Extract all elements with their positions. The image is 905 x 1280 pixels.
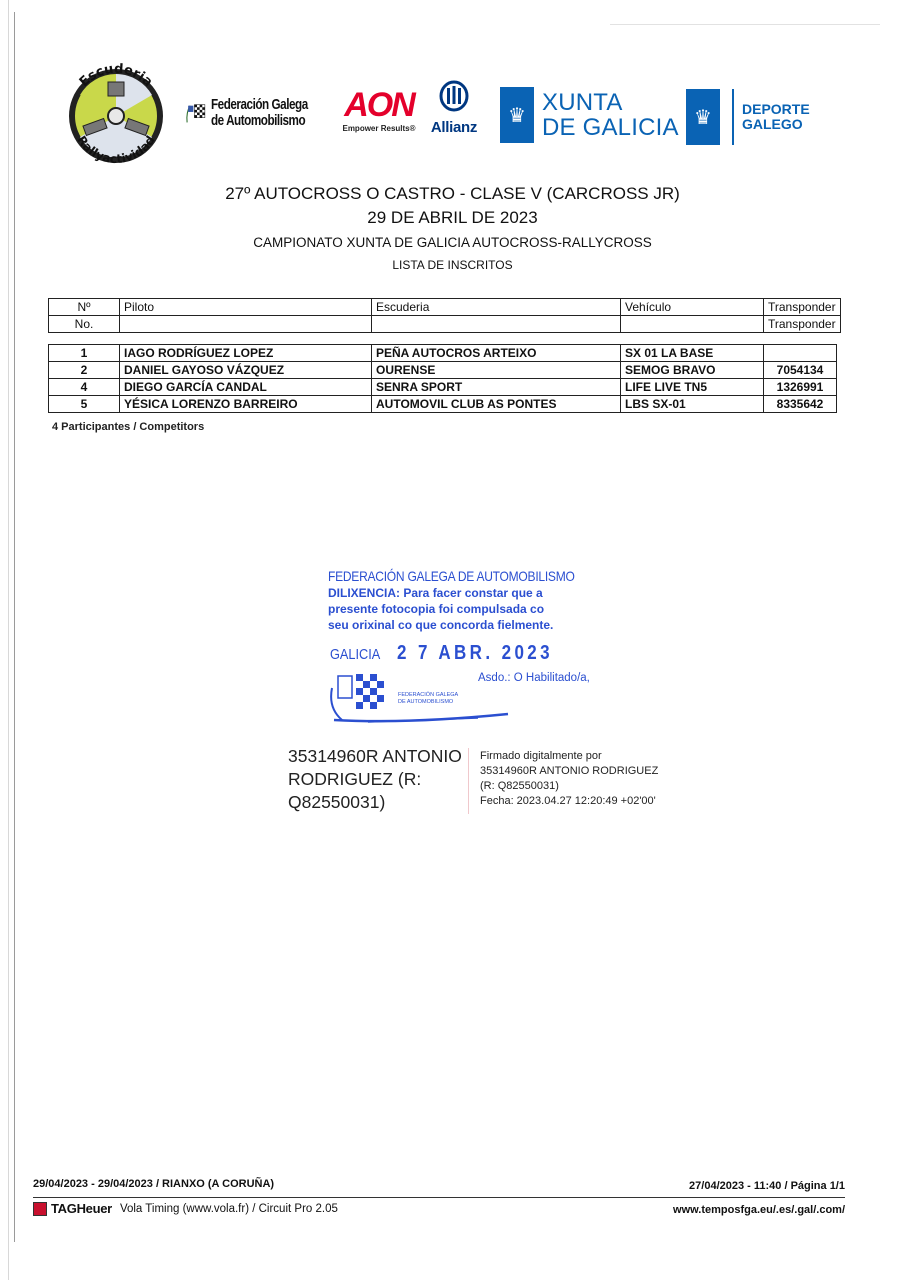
column-header-team: Escuderia — [372, 299, 621, 316]
certification-stamp: FEDERACIÓN GALEGA DE AUTOMOBILISMO DILIX… — [328, 568, 598, 633]
tag-heuer-shield-icon — [33, 1202, 47, 1216]
fga-name-line2: de Automobilismo — [211, 113, 308, 129]
allianz-eagle-icon — [439, 80, 469, 112]
footer-website: www.temposfga.eu/.es/.gal/.com/ — [673, 1204, 845, 1216]
event-date: 29 DE ABRIL DE 2023 — [0, 208, 905, 228]
escuderia-rallyactividad-logo: Escuderia Rallyactividad — [62, 58, 170, 173]
table-row: 5 YÉSICA LORENZO BARREIRO AUTOMOVIL CLUB… — [49, 396, 837, 413]
galicia-crest-icon: ♛ — [686, 89, 720, 145]
header-row: No. Transponder — [49, 316, 841, 333]
column-header-transponder: Transponder — [764, 299, 841, 316]
championship-title: CAMPIONATO XUNTA DE GALICIA AUTOCROSS-RA… — [0, 235, 905, 250]
fga-name-line1: Federación Galega — [211, 97, 308, 113]
aon-logo: AON Empower Results® — [340, 88, 418, 138]
signature-divider — [468, 748, 469, 814]
column-header-transponder-en: Transponder — [764, 316, 841, 333]
digital-signer-name: 35314960R ANTONIO RODRIGUEZ (R: Q8255003… — [288, 745, 462, 814]
divider — [732, 89, 734, 145]
federacion-galega-logo: Federación Galega de Automobilismo — [185, 88, 335, 138]
scan-edge — [610, 24, 880, 25]
xunta-de-galicia-logo: ♛ XUNTA DE GALICIA — [500, 86, 680, 144]
column-header-driver: Piloto — [120, 299, 372, 316]
column-header-number: Nº — [49, 299, 120, 316]
fga-stamp-emblem-icon: FEDERACIÓN GALEGA DE AUTOMOBILISMO — [328, 668, 518, 728]
deporte-galego-logo: ♛ DEPORTE GALEGO — [686, 88, 816, 146]
svg-text:DE AUTOMOBILISMO: DE AUTOMOBILISMO — [398, 699, 454, 705]
column-header-vehicle: Vehículo — [621, 299, 764, 316]
entry-list: 1 IAGO RODRÍGUEZ LOPEZ PEÑA AUTOCROS ART… — [48, 344, 837, 413]
table-row: 4 DIEGO GARCÍA CANDAL SENRA SPORT LIFE L… — [49, 379, 837, 396]
stamp-organization: FEDERACIÓN GALEGA DE AUTOMOBILISMO — [328, 568, 560, 584]
table-row: 1 IAGO RODRÍGUEZ LOPEZ PEÑA AUTOCROS ART… — [49, 345, 837, 362]
list-title: LISTA DE INSCRITOS — [0, 258, 905, 272]
table-row: 2 DANIEL GAYOSO VÁZQUEZ OURENSE SEMOG BR… — [49, 362, 837, 379]
event-title: 27º AUTOCROSS O CASTRO - CLASE V (CARCRO… — [0, 184, 905, 204]
footer-dates-location: 29/04/2023 - 29/04/2023 / RIANXO (A CORU… — [33, 1178, 274, 1190]
tag-heuer-logo: TAGHeuer — [51, 1201, 112, 1216]
footer-print-info: 27/04/2023 - 11:40 / Página 1/1 — [689, 1180, 845, 1192]
column-header-number-en: No. — [49, 316, 120, 333]
footer-software: TAGHeuer Vola Timing (www.vola.fr) / Cir… — [33, 1201, 338, 1216]
participant-count: 4 Participantes / Competitors — [52, 421, 204, 433]
stamp-date: GALICIA 2 7 ABR. 2023 — [330, 642, 581, 665]
allianz-logo: Allianz — [426, 80, 482, 140]
checkered-flag-icon — [185, 91, 207, 135]
header-row: Nº Piloto Escuderia Vehículo Transponder — [49, 299, 841, 316]
digital-signature-details: Firmado digitalmente por 35314960R ANTON… — [480, 749, 658, 809]
galicia-crest-icon: ♛ — [500, 87, 534, 143]
footer-divider — [33, 1197, 845, 1198]
entry-list-header: Nº Piloto Escuderia Vehículo Transponder… — [48, 298, 841, 333]
svg-text:FEDERACIÓN GALEGA: FEDERACIÓN GALEGA — [398, 691, 459, 698]
